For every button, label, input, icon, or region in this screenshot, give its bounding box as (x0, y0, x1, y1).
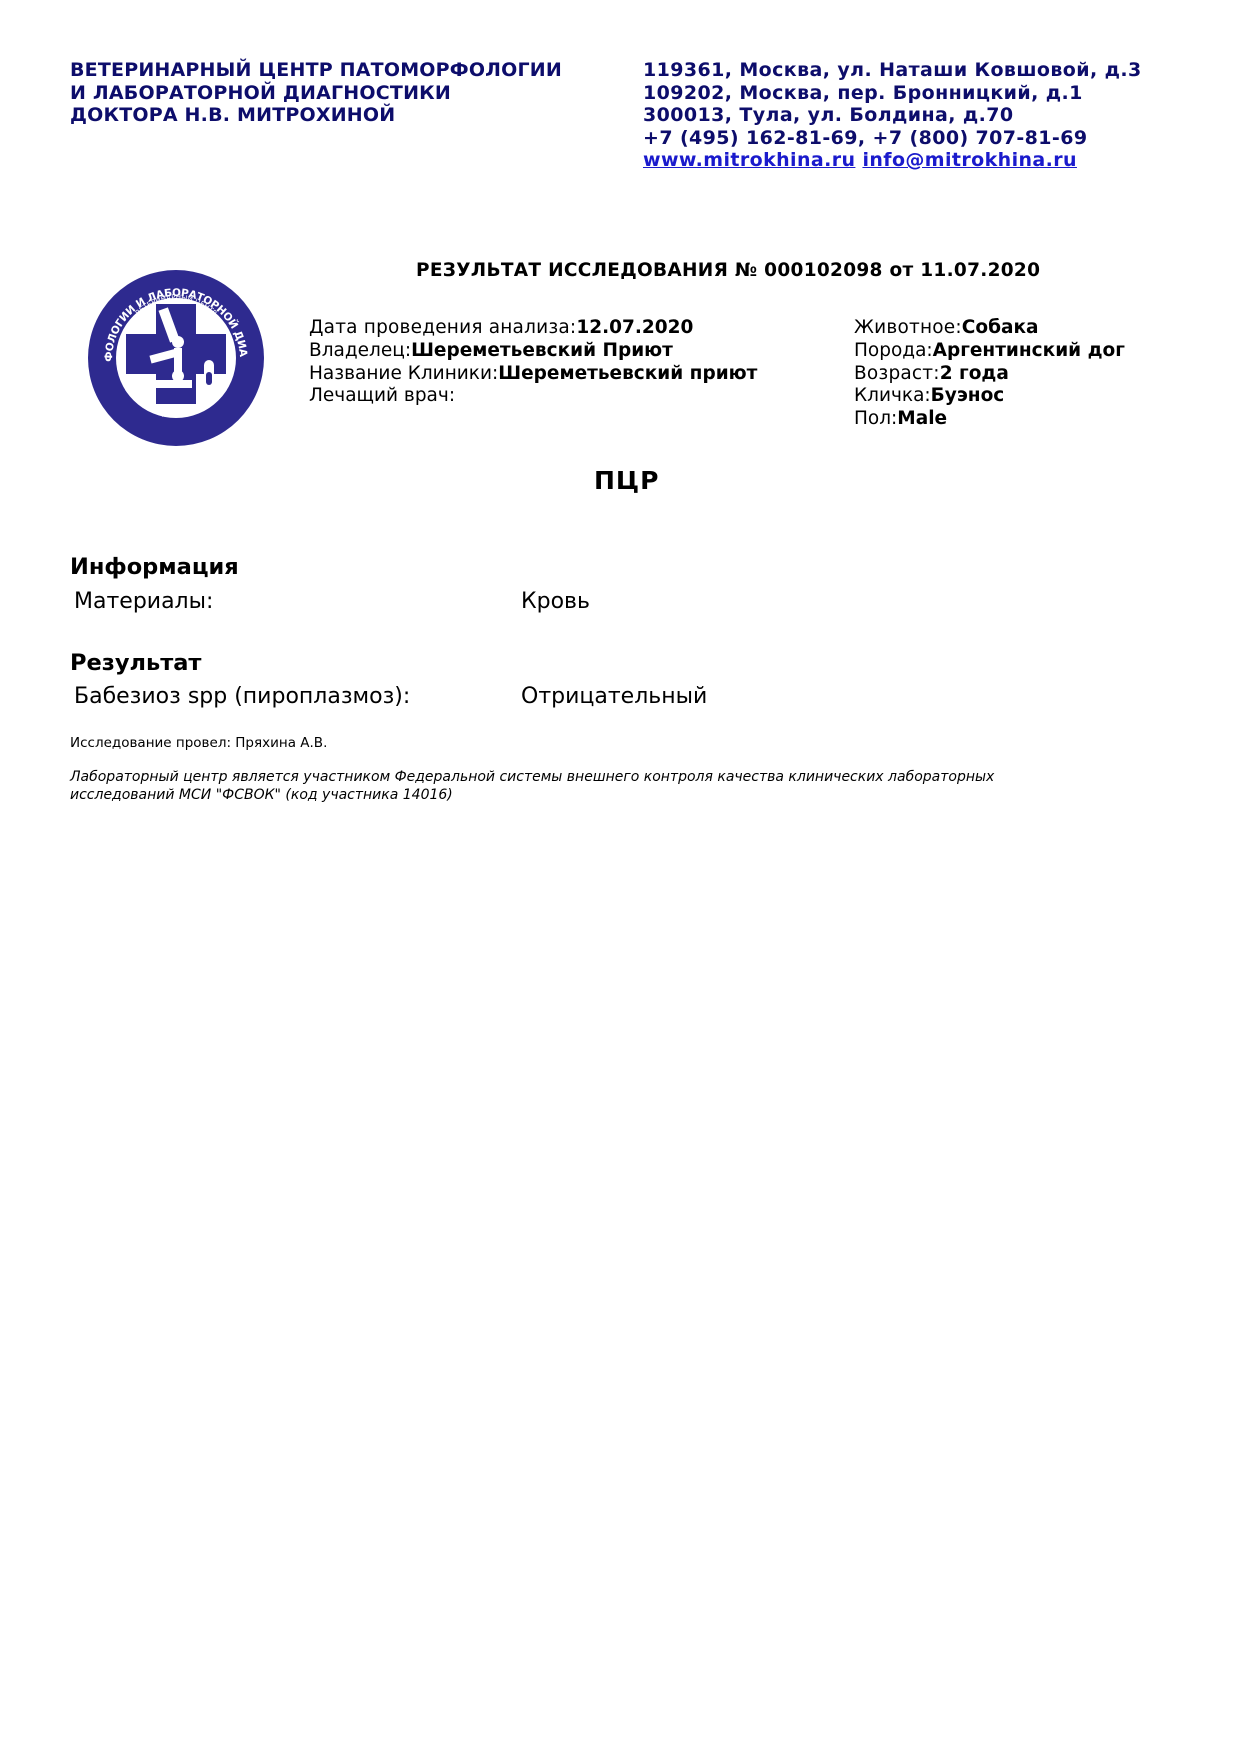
website-link[interactable]: www.mitrokhina.ru (643, 149, 855, 171)
performed-by: Исследование провел: Пряхина А.В. (70, 735, 327, 751)
section-title-info: Информация (70, 554, 239, 580)
org-name-line: ВЕТЕРИНАРНЫЙ ЦЕНТР ПАТОМОРФОЛОГИИ (70, 59, 562, 82)
report-title: РЕЗУЛЬТАТ ИССЛЕДОВАНИЯ № 000102098 от 11… (416, 260, 1040, 281)
field-animal: Животное:Собака (854, 317, 1125, 340)
org-name-line: ДОКТОРА Н.В. МИТРОХИНОЙ (70, 104, 562, 127)
quality-note-line: Лабораторный центр является участником Ф… (70, 769, 994, 787)
field-label: Лечащий врач: (309, 385, 455, 406)
email-link[interactable]: info@mitrokhina.ru (862, 149, 1077, 171)
field-label: Название Клиники: (309, 363, 498, 384)
phones: +7 (495) 162-81-69, +7 (800) 707-81-69 (643, 127, 1142, 150)
quality-note: Лабораторный центр является участником Ф… (70, 769, 994, 804)
quality-note-line: исследований МСИ "ФСВОК" (код участника … (70, 787, 994, 805)
field-label: Пол: (854, 408, 897, 429)
lab-logo-icon: ВЕТЕРИНАРНЫЙ ЦЕНТР ПАТОМОРФОЛОГИИ И ЛАБО… (86, 268, 266, 448)
field-value: Шереметьевский приют (498, 363, 757, 384)
field-analysis-date: Дата проведения анализа:12.07.2020 (309, 317, 757, 340)
field-label: Кличка: (854, 385, 931, 406)
field-value: Шереметьевский Приют (411, 340, 673, 361)
field-label: Дата проведения анализа: (309, 317, 576, 338)
row-label-materials: Материалы: (74, 589, 213, 614)
field-age: Возраст:2 года (854, 363, 1125, 386)
address-line: 119361, Москва, ул. Наташи Ковшовой, д.3 (643, 59, 1142, 82)
address-line: 300013, Тула, ул. Болдина, д.70 (643, 104, 1142, 127)
field-label: Животное: (854, 317, 962, 338)
field-breed: Порода:Аргентинский дог (854, 340, 1125, 363)
field-value: 12.07.2020 (576, 317, 693, 338)
field-doctor: Лечащий врач: (309, 385, 757, 408)
section-title-result: Результат (70, 650, 201, 676)
address-line: 109202, Москва, пер. Бронницкий, д.1 (643, 82, 1142, 105)
contacts-block: 119361, Москва, ул. Наташи Ковшовой, д.3… (643, 59, 1142, 172)
field-label: Порода: (854, 340, 933, 361)
field-clinic: Название Клиники:Шереметьевский приют (309, 363, 757, 386)
field-value: Буэнос (931, 385, 1005, 406)
field-sex: Пол:Male (854, 408, 1125, 431)
test-type-heading: ПЦР (594, 466, 659, 495)
links-line: www.mitrokhina.ru info@mitrokhina.ru (643, 149, 1142, 172)
org-name-line: И ЛАБОРАТОРНОЙ ДИАГНОСТИКИ (70, 82, 562, 105)
field-label: Возраст: (854, 363, 940, 384)
field-name: Кличка:Буэнос (854, 385, 1125, 408)
report-meta-right: Животное:Собака Порода:Аргентинский дог … (854, 317, 1125, 431)
row-value-babesiosis: Отрицательный (521, 684, 707, 709)
row-value-materials: Кровь (521, 589, 590, 614)
field-value: Собака (962, 317, 1039, 338)
field-value: Аргентинский дог (933, 340, 1125, 361)
field-owner: Владелец:Шереметьевский Приют (309, 340, 757, 363)
org-name: ВЕТЕРИНАРНЫЙ ЦЕНТР ПАТОМОРФОЛОГИИ И ЛАБО… (70, 59, 562, 127)
field-label: Владелец: (309, 340, 411, 361)
field-value: 2 года (940, 363, 1009, 384)
report-meta-left: Дата проведения анализа:12.07.2020 Владе… (309, 317, 757, 408)
field-value: Male (897, 408, 947, 429)
row-label-babesiosis: Бабезиоз spp (пироплазмоз): (74, 684, 410, 709)
